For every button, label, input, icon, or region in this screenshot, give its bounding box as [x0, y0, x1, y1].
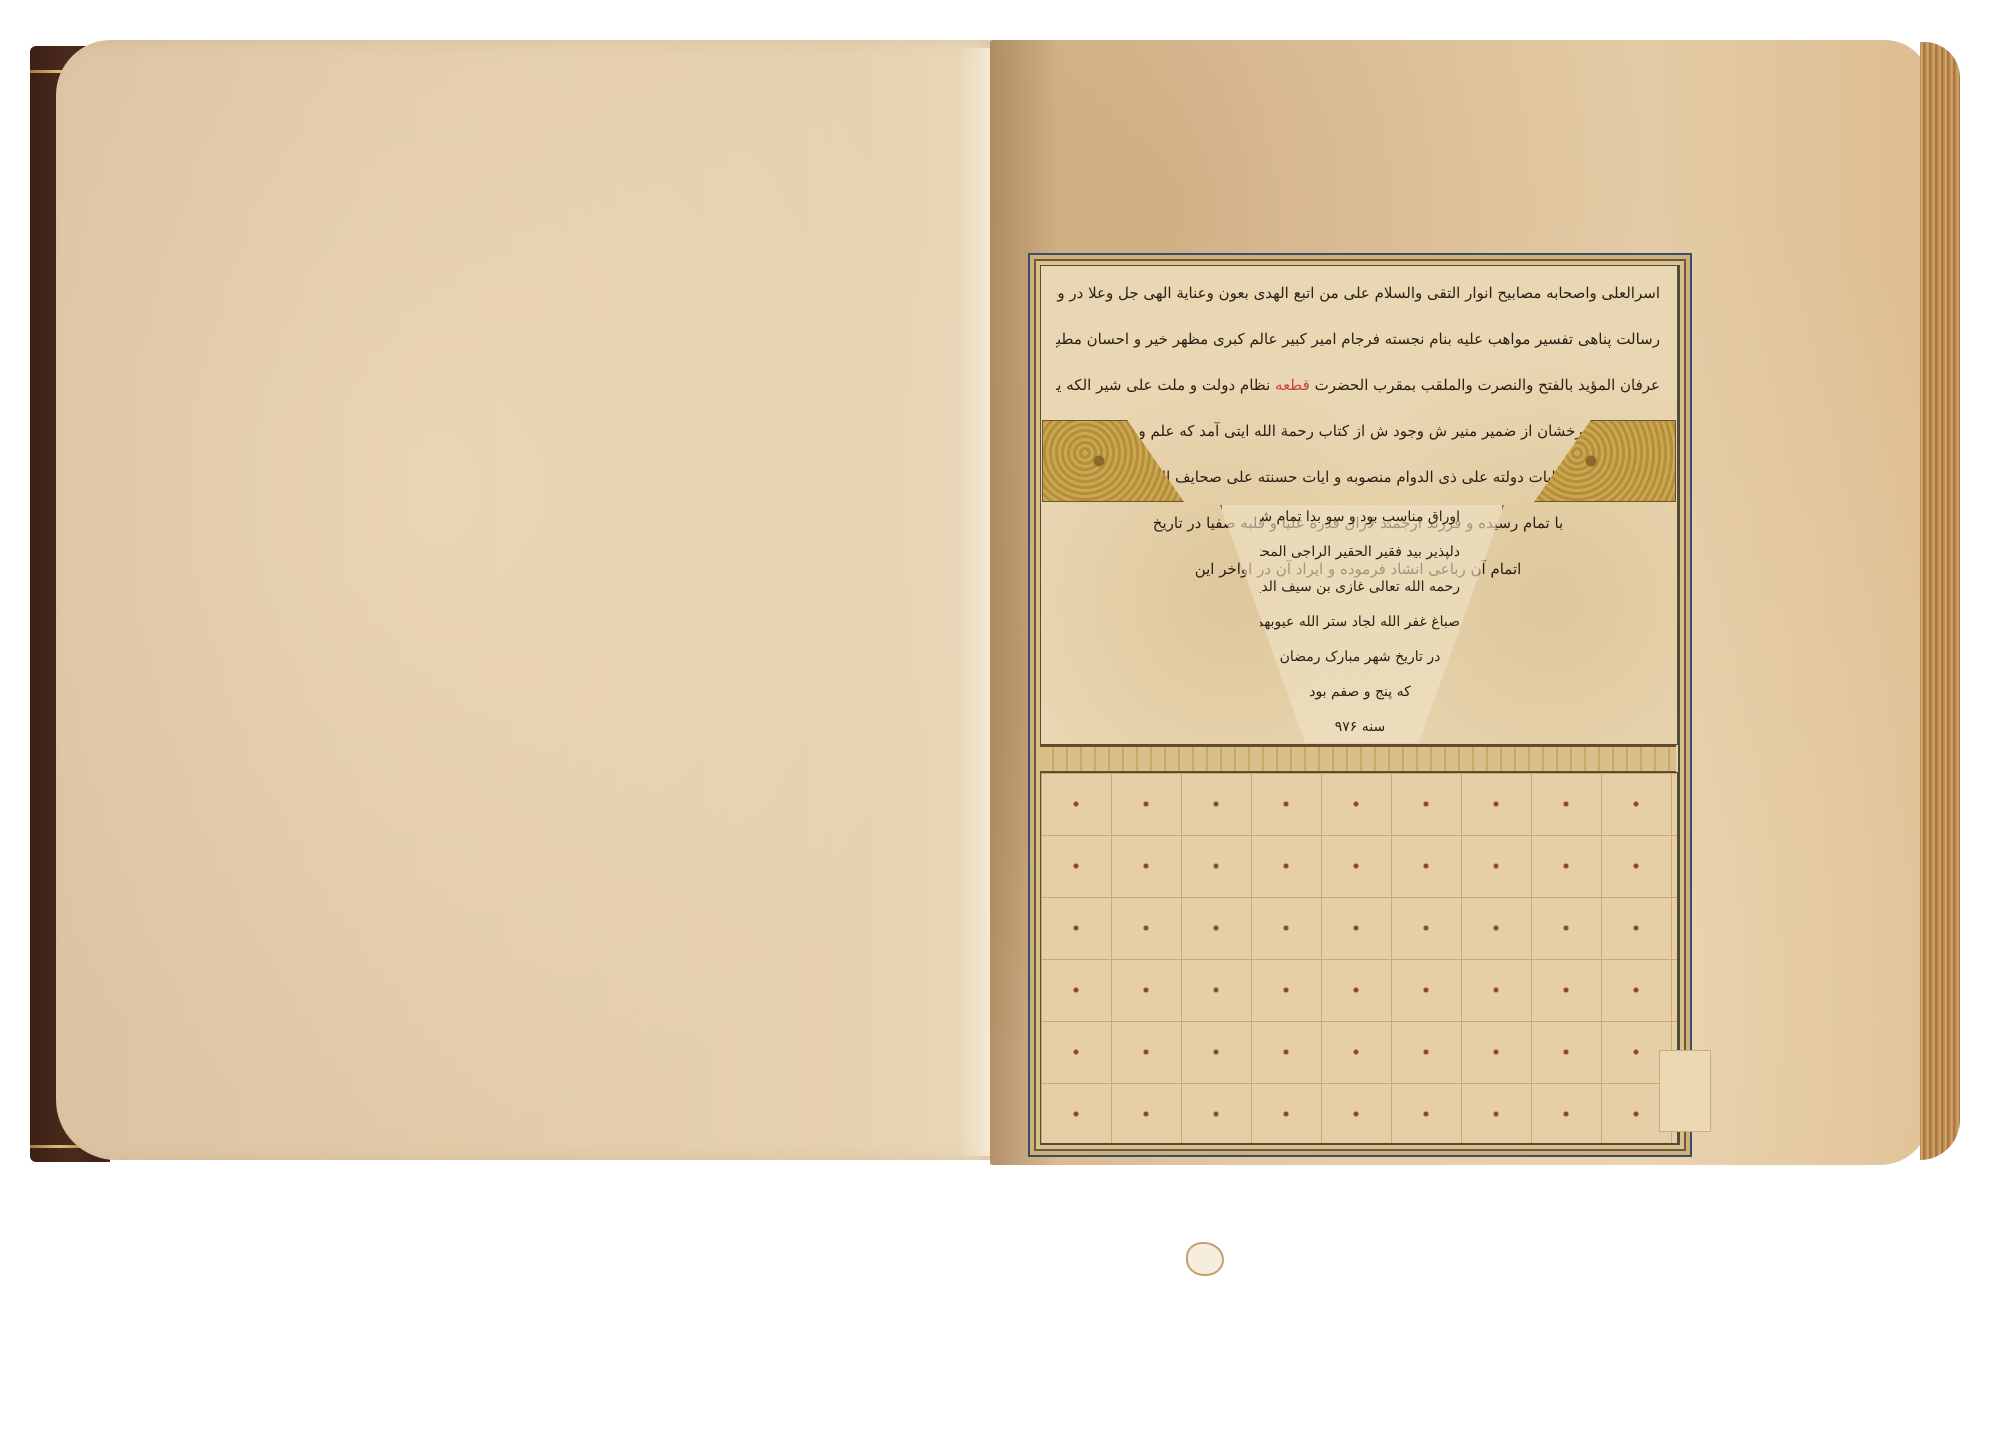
colophon-line: دلپذیر بید فقیر الحقیر الراجی المحتاج ال…: [1260, 535, 1460, 570]
paper-repair-patch: [1659, 1050, 1711, 1132]
rubric-word: قطعه: [1275, 376, 1310, 394]
gilt-divider-band: [1040, 745, 1676, 773]
text-block-edges: [1920, 42, 1960, 1160]
floral-lattice-panel: [1040, 772, 1678, 1144]
colophon-line: در تاریخ شهر مبارک رمضان: [1260, 640, 1460, 675]
colophon-line: صباغ غفر الله لجاد ستر الله عیوبهما: [1260, 605, 1460, 640]
text-line-start: عرفان المؤید بالفتح والنصرت والملقب بمقر…: [1315, 376, 1660, 394]
text-line: اسرالعلی واصحابه مصابیح انوار التقی والس…: [1056, 270, 1660, 316]
text-line: عرفان المؤید بالفتح والنصرت والملقب بمقر…: [1056, 362, 1660, 408]
colophon-line: رحمه الله تعالی غازی بن سیف الدین: [1260, 570, 1460, 605]
text-line-end: نظام دولت و ملت علی شیر الکه یکی: [1056, 376, 1270, 394]
colophon-text: اوراق مناسب بود و سو بدا تمام شد تفسیر د…: [1260, 500, 1460, 745]
colophon-line: اوراق مناسب بود و سو بدا تمام شد تفسیر: [1260, 500, 1460, 535]
flyleaf-edge: [960, 48, 990, 1156]
text-line: رسالت پناهی تفسیر مواهب علیه بنام نجسته …: [1056, 316, 1660, 362]
library-stamp-mark: [1186, 1242, 1224, 1276]
colophon-line: که پنج و صفم بود: [1260, 675, 1460, 710]
text-line: بود خورشید رخشان از ضمیر منیر ش وجود ش ا…: [1056, 408, 1660, 454]
colophon-date: سنه ۹۷۶: [1260, 710, 1460, 745]
manuscript-photo: اسرالعلی واصحابه مصابیح انوار التقی والس…: [0, 0, 2000, 1445]
left-blank-flyleaf: [56, 40, 996, 1160]
